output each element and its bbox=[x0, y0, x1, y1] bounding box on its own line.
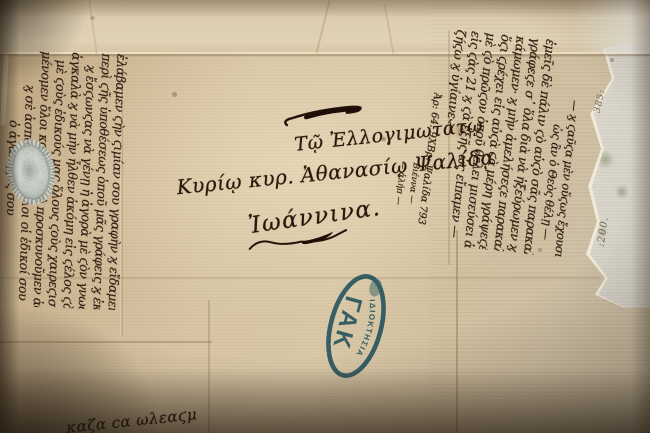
vertical-fold-crease bbox=[456, 230, 458, 433]
paper-speck bbox=[90, 16, 95, 20]
vertical-fold-crease bbox=[208, 300, 210, 433]
letter-photograph: ἐλάβαμεν ϛὴν ϛιμίαν σου γραφὴν ϗ εἴδαμεν… bbox=[0, 0, 650, 433]
paper-speck bbox=[172, 92, 177, 97]
torn-edge-underpage bbox=[586, 38, 650, 308]
right-manuscript-column: — ϗ ϛαῦϛα μὲν οὕϛως ἔχουσιν — ὡς ἂν ὁ Θε… bbox=[432, 29, 589, 258]
horizontal-fold-crease bbox=[0, 341, 212, 343]
paper-speck bbox=[610, 58, 614, 62]
